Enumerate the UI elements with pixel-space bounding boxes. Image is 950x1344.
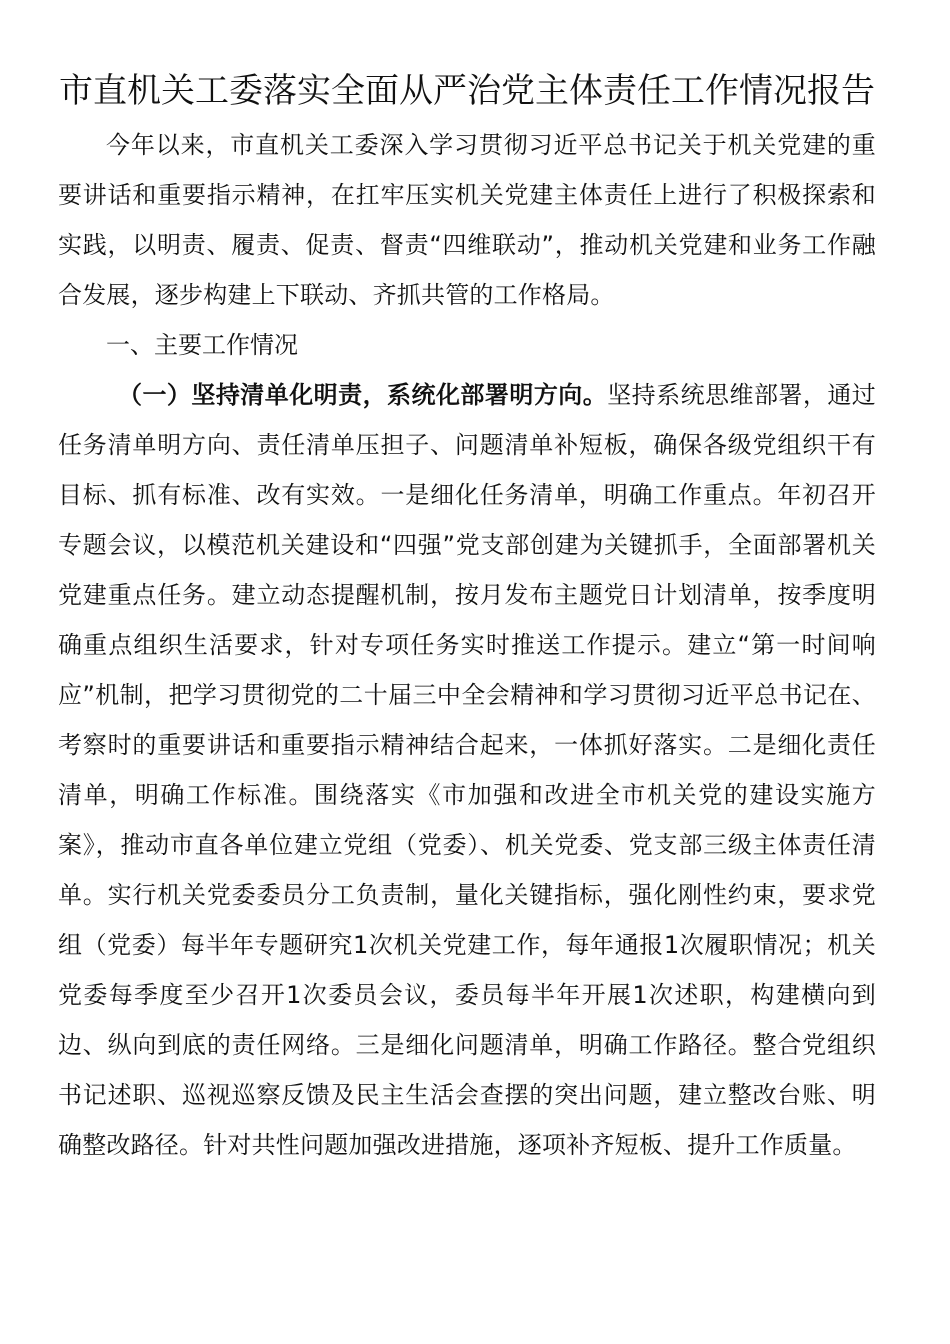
section-heading-main-work: 一、主要工作情况	[58, 320, 876, 370]
subsection-body-text: 坚持系统思维部署，通过任务清单明方向、责任清单压担子、问题清单补短板，确保各级党…	[58, 381, 876, 1159]
intro-paragraph: 今年以来，市直机关工委深入学习贯彻习近平总书记关于机关党建的重要讲话和重要指示精…	[58, 120, 876, 320]
document-title: 市直机关工委落实全面从严治党主体责任工作情况报告	[58, 66, 876, 116]
subsection-lead-heading: （一）坚持清单化明责，系统化部署明方向。	[118, 381, 607, 409]
document-page: 市直机关工委落实全面从严治党主体责任工作情况报告 今年以来，市直机关工委深入学习…	[58, 66, 876, 1170]
subsection-paragraph-1: （一）坚持清单化明责，系统化部署明方向。坚持系统思维部署，通过任务清单明方向、责…	[58, 370, 876, 1170]
